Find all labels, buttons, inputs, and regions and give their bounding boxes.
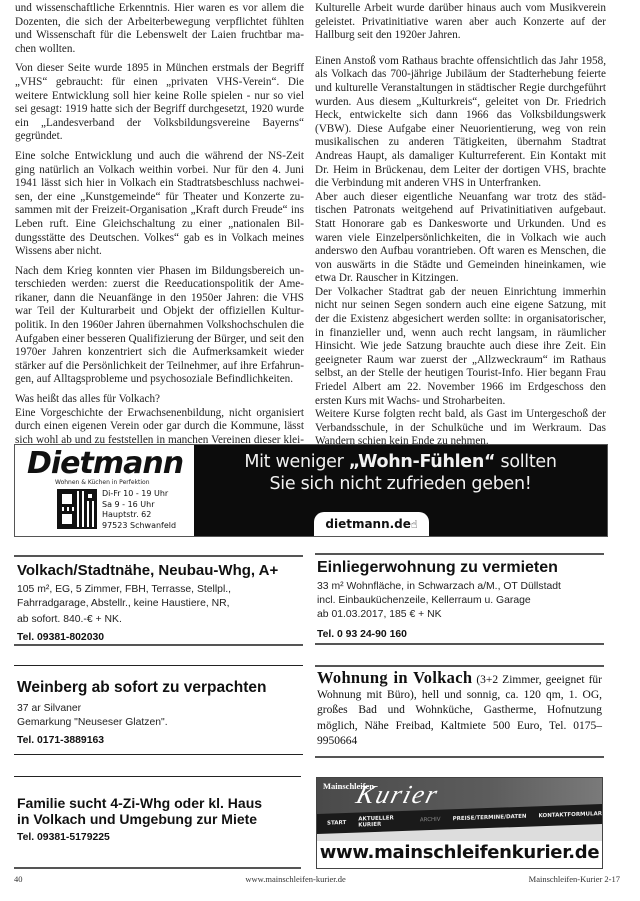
kurier-nav-start: START [327, 820, 346, 827]
article-paragraph: Aber auch dieser eigentliche Neuanfang w… [315, 191, 606, 286]
classified-title: Wohnung in Volkach [317, 668, 472, 687]
classified-title: Einliegerwohnung zu vermieten [317, 559, 602, 577]
classified-body: Wohnung in Volkach (3+2 Zimmer, geeignet… [317, 670, 602, 749]
page-number: 40 [14, 874, 23, 884]
kurier-website-link[interactable]: www.mainschleifenkurier.de [317, 842, 602, 863]
article-subheading: Was heißt das alles für Volkach? [15, 393, 304, 407]
kurier-nav-archiv: ARCHIV [420, 817, 441, 824]
kurier-script-logo: Kurier [353, 780, 442, 810]
classified-body: 33 m² Wohnfläche, in Schwarzach a/M., OT… [317, 580, 602, 622]
opening-hours-weekday: Di-Fr 10 - 19 Uhr [102, 489, 176, 500]
kurier-nav-preise: PREISE/TERMINE/DATEN [453, 814, 527, 823]
qr-code-icon[interactable] [57, 489, 97, 529]
article-paragraph: Nach dem Krieg konnten vier Phasen im Bi… [15, 265, 304, 387]
footer-website: www.mainschleifen-kurier.de [245, 874, 345, 884]
classified-phone: Tel. 0 93 24-90 160 [317, 629, 602, 640]
classified-phone: Tel. 0171-3889163 [17, 735, 300, 746]
street-address: Hauptstr. 62 [102, 510, 176, 521]
dietmann-logo: Dietmann [27, 449, 186, 479]
classified-ad-familie-sucht: Familie sucht 4-Zi-Whg oder kl. Haus in … [14, 776, 301, 869]
dietmann-address: Di-Fr 10 - 19 Uhr Sa 9 - 16 Uhr Hauptstr… [102, 489, 176, 531]
article-paragraph: Kulturelle Arbeit wurde darüber hinaus a… [315, 2, 606, 43]
footer-issue: Mainschleifen-Kurier 2-17 [529, 874, 620, 884]
city-address: 97523 Schwanfeld [102, 521, 176, 532]
article-paragraph: und wissenschaftliche Erkenntnis. Hier w… [15, 2, 304, 56]
article-paragraph: Weitere Kurse folgten recht bald, als Ga… [315, 408, 606, 449]
page-footer: 40 www.mainschleifen-kurier.de Mainschle… [14, 874, 620, 884]
classified-ad-wohnung-volkach: Wohnung in Volkach (3+2 Zimmer, geeignet… [315, 665, 604, 758]
classified-title: Weinberg ab sofort zu verpachten [17, 679, 300, 697]
article-right-column: Kulturelle Arbeit wurde darüber hinaus a… [315, 2, 606, 465]
classified-title: Volkach/Stadtnähe, Neubau-Whg, A+ [17, 562, 300, 580]
kurier-website-advertisement: Mainschleifen Kurier START AKTUELLER KUR… [316, 777, 603, 869]
article-paragraph: Eine solche Entwicklung und auch die wäh… [15, 150, 304, 259]
article-paragraph: Der Volkacher Stadtrat gab der neuen Ein… [315, 286, 606, 408]
classified-body: 105 m², EG, 5 Zimmer, FBH, Terrasse, Ste… [17, 583, 300, 627]
classified-ad-einliegerwohnung: Einliegerwohnung zu vermieten 33 m² Wohn… [315, 553, 604, 645]
classified-ad-weinberg: Weinberg ab sofort zu verpachten 37 ar S… [14, 665, 303, 755]
classified-body: 37 ar Silvaner Gemarkung "Neuseser Glatz… [17, 702, 300, 730]
kurier-nav-aktueller-kurier: AKTUELLER KURIER [358, 815, 408, 829]
article-left-column: und wissenschaftliche Erkenntnis. Hier w… [15, 2, 304, 481]
dietmann-website-link[interactable]: dietmann.de☝ [314, 512, 429, 536]
opening-hours-saturday: Sa 9 - 16 Uhr [102, 500, 176, 511]
article-paragraph: Einen Anstoß vom Rathaus brachte offensi… [315, 55, 606, 191]
classified-ad-neubau-whg: Volkach/Stadtnähe, Neubau-Whg, A+ 105 m²… [14, 555, 303, 646]
pointing-hand-icon: ☝ [411, 518, 418, 531]
classified-phone: Tel. 09381-802030 [17, 632, 300, 643]
slogan-highlight: „Wohn-Fühlen“ [349, 452, 495, 472]
article-paragraph: Von dieser Seite wurde 1895 in München e… [15, 62, 304, 144]
kurier-nav-kontakt: KONTAKTFORMULAR [539, 811, 603, 819]
dietmann-slogan-panel: Mit weniger „Wohn-Fühlen“ sollten Sie si… [194, 445, 607, 536]
classified-title: Familie sucht 4-Zi-Whg oder kl. Haus in … [17, 795, 298, 827]
classified-phone: Tel. 09381-5179225 [17, 832, 298, 843]
dietmann-advertisement: Dietmann Wohnen & Küchen in Perfektion D… [14, 444, 608, 537]
dietmann-slogan: Mit weniger „Wohn-Fühlen“ sollten Sie si… [194, 451, 607, 495]
dietmann-info-panel: Dietmann Wohnen & Küchen in Perfektion D… [15, 445, 194, 536]
